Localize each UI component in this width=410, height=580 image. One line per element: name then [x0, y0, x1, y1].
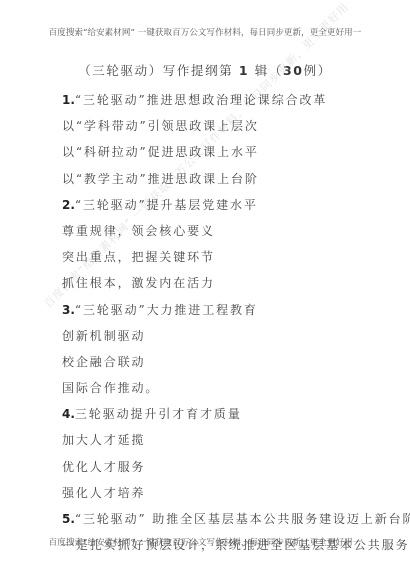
title-suffix-1: 辑（	[255, 63, 283, 78]
section-heading-text: “三轮驱动”推进思想政治理论课综合改革	[75, 93, 327, 107]
outline-item: 突出重点，把握关键环节	[62, 244, 382, 270]
outline-item: 国际合作推动。	[62, 375, 382, 401]
section-heading: 4.三轮驱动提升引才育才质量	[62, 401, 382, 427]
outline-item: 以“教学主动”推进思政课上台阶	[62, 166, 382, 192]
outline-item: 创新机制驱动	[62, 323, 382, 349]
outline-item: 优化人才服务	[62, 454, 382, 480]
outline-item: 校企融合联动	[62, 349, 382, 375]
outline-item: 以“科研拉动”促进思政课上水平	[62, 139, 382, 165]
document-title: （三轮驱动）写作提纲第 1 辑（30例）	[0, 61, 410, 79]
outline-item: 尊重规律，领会核心要义	[62, 218, 382, 244]
section-heading: 3.“三轮驱动”大力推进工程教育	[62, 297, 382, 323]
title-suffix-2: 例）	[304, 63, 332, 78]
title-count: 30	[283, 63, 304, 78]
section-index: 2.	[62, 198, 75, 212]
outline-item: 强化人才培养	[62, 480, 382, 506]
outline-item: 抓住根本，激发内在活力	[62, 270, 382, 296]
section-heading: 1.“三轮驱动”推进思想政治理论课综合改革	[62, 87, 382, 113]
section-heading-text: 三轮驱动提升引才育才质量	[75, 407, 242, 421]
section-index: 1.	[62, 93, 75, 107]
outline-item: 以“学科带动”引领思政课上层次	[62, 113, 382, 139]
section-heading: 2.“三轮驱动”提升基层党建水平	[62, 192, 382, 218]
section-heading-text: “三轮驱动”提升基层党建水平	[75, 198, 258, 212]
title-prefix: （三轮驱动）写作提纲第	[78, 63, 233, 78]
section-heading: 5.“三轮驱动” 助推全区基层基本公共服务建设迈上新台阶	[62, 506, 382, 532]
section-index: 4.	[62, 407, 75, 421]
page-footer: 百度搜索“给安素材网” 一键获取百万公文写作材料，每日同步更新，更全更好用一	[0, 536, 410, 548]
title-number: 1	[239, 63, 249, 78]
section-index: 3.	[62, 303, 75, 317]
section-index: 5.	[62, 512, 75, 526]
outline-item: 加大人才延揽	[62, 427, 382, 453]
page-header: 百度搜索“给安素材网” 一键获取百万公文写作材料，每日同步更新，更全更好用一	[0, 26, 410, 38]
section-heading-text: “三轮驱动” 助推全区基层基本公共服务建设迈上新台阶	[75, 512, 410, 526]
section-heading-text: “三轮驱动”大力推进工程教育	[75, 303, 258, 317]
document-body: 1.“三轮驱动”推进思想政治理论课综合改革 以“学科带动”引领思政课上层次 以“…	[62, 87, 382, 558]
